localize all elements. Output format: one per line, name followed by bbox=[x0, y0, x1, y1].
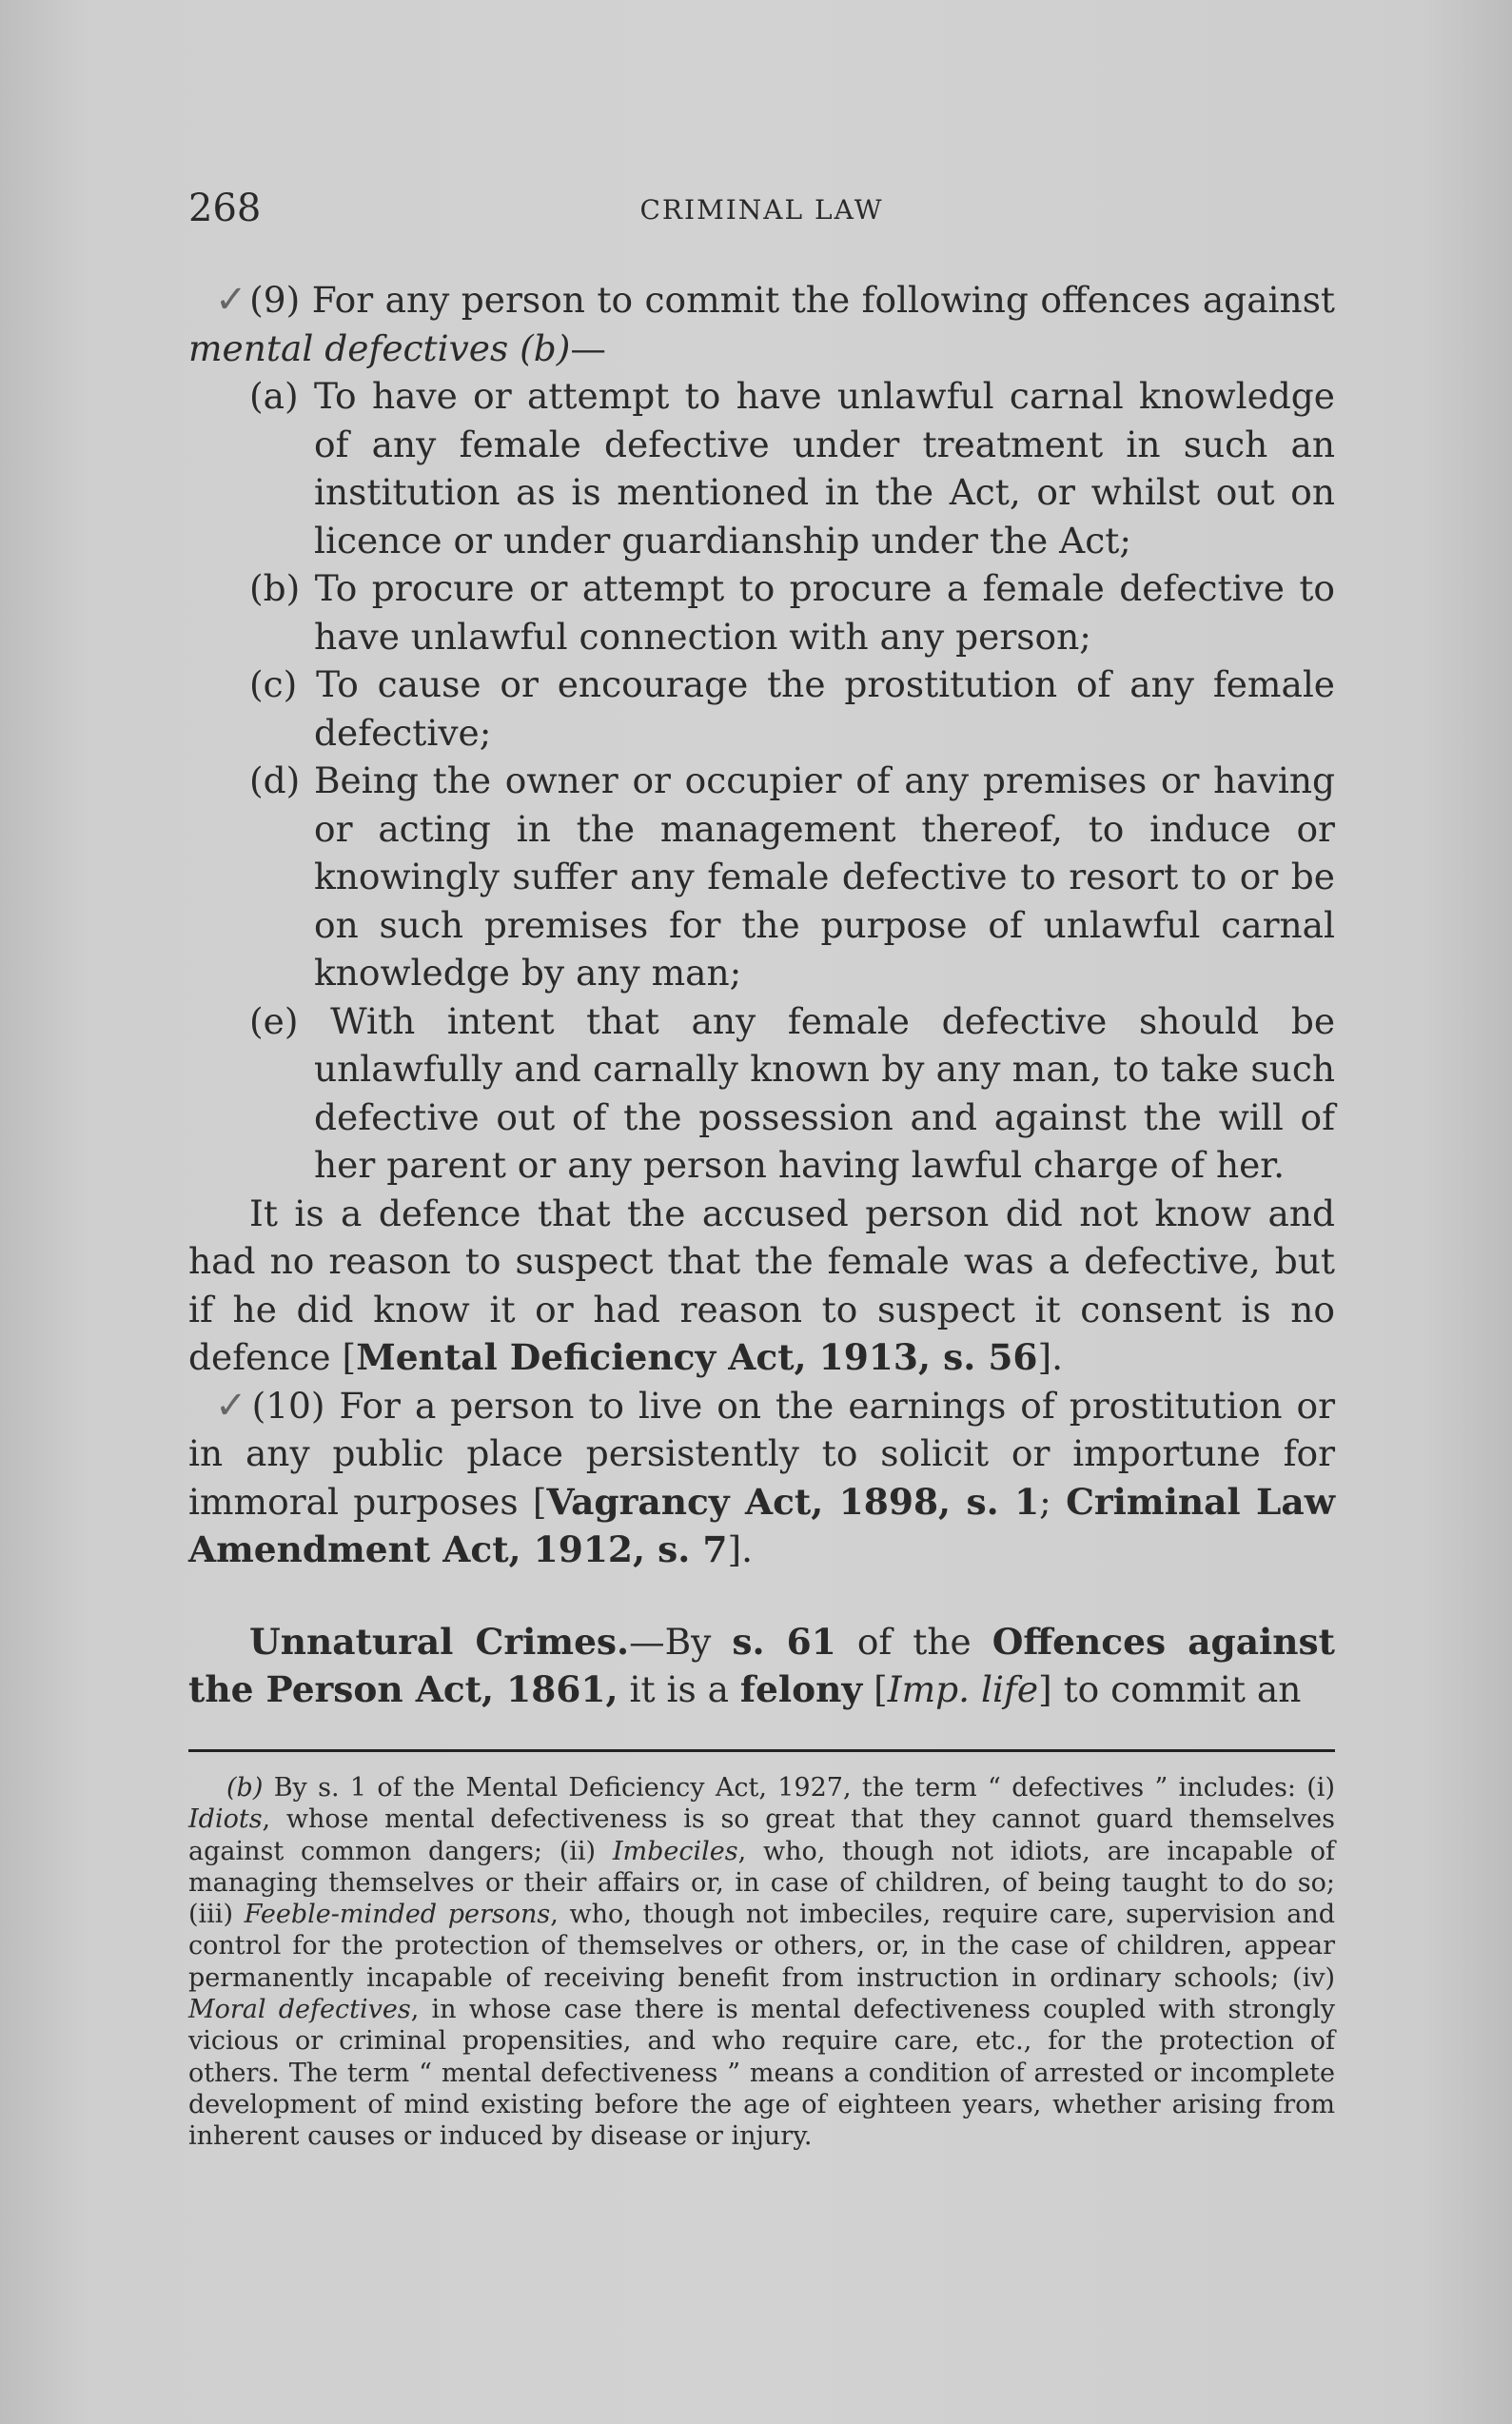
book-page: 268 CRIMINAL LAW ✓(9) For any person to … bbox=[0, 0, 1512, 2424]
list-item: (a) To have or attempt to have unlawful … bbox=[188, 372, 1335, 564]
list-item: (c) To cause or encourage the prostituti… bbox=[188, 660, 1335, 757]
section-9-intro: ✓(9) For any person to commit the follow… bbox=[188, 276, 1335, 372]
page-header: 268 CRIMINAL LAW bbox=[188, 187, 1335, 234]
checkmark-icon: ✓ bbox=[215, 278, 247, 322]
running-head: CRIMINAL LAW bbox=[188, 194, 1335, 226]
footnote-divider bbox=[188, 1749, 1335, 1752]
list-item: (d) Being the owner or occupier of any p… bbox=[188, 757, 1335, 997]
footnote: (b) By s. 1 of the Mental Deficiency Act… bbox=[188, 1772, 1335, 2153]
statute-citation: Vagrancy Act, 1898, s. 1 bbox=[546, 1481, 1039, 1523]
list-item: (e) With intent that any female defectiv… bbox=[188, 997, 1335, 1190]
unnatural-crimes-paragraph: Unnatural Crimes.—By s. 61 of the Offenc… bbox=[188, 1618, 1335, 1714]
statute-citation: Mental Deficiency Act, 1913, s. 56 bbox=[356, 1336, 1037, 1378]
section-10: ✓(10) For a person to live on the earnin… bbox=[188, 1382, 1335, 1574]
section-heading: Unnatural Crimes. bbox=[249, 1621, 629, 1663]
list-item: (b) To procure or attempt to procure a f… bbox=[188, 564, 1335, 660]
checkmark-icon: ✓ bbox=[215, 1384, 250, 1428]
defence-paragraph: It is a defence that the accused person … bbox=[188, 1190, 1335, 1382]
main-text: ✓(9) For any person to commit the follow… bbox=[188, 276, 1335, 1714]
